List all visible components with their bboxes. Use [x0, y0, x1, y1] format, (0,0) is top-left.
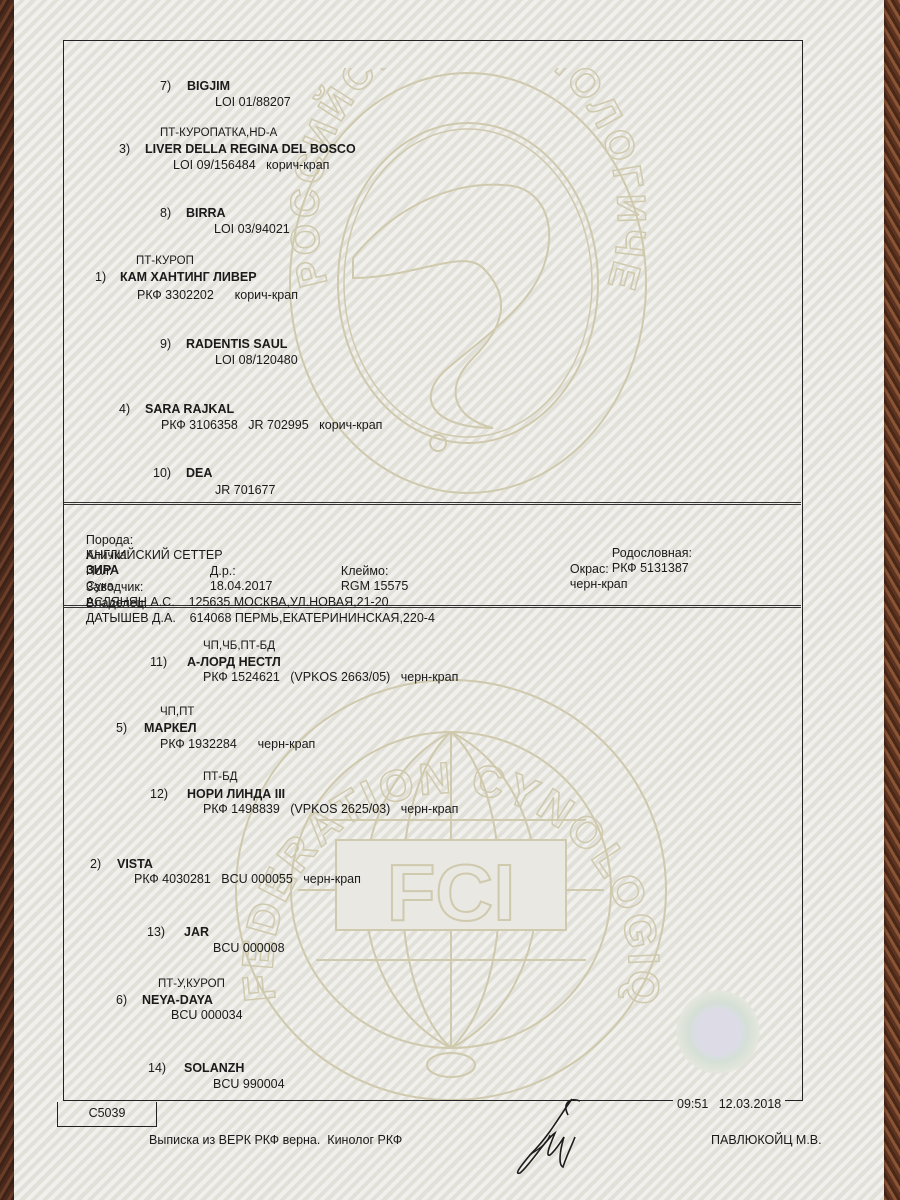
ancestor-name: DEA — [186, 466, 212, 481]
document-code: C5039 — [57, 1102, 157, 1127]
ancestor-registry: LOI 08/120480 — [215, 353, 298, 368]
ancestor-titles: ПТ-У,КУРОП — [158, 977, 225, 991]
ancestor-number: 14) — [148, 1061, 166, 1076]
ancestor-registry: РКФ 1932284 черн-крап — [160, 737, 315, 752]
ancestor-registry: BCU 990004 — [213, 1077, 285, 1092]
signatory-name: ПАВЛЮКОЙЦ М.В. — [711, 1133, 822, 1148]
certification-text: Выписка из ВЕРК РКФ верна. Кинолог РКФ — [149, 1133, 402, 1148]
ancestor-registry: РКФ 1498839 (VPKOS 2625/03) черн-крап — [203, 802, 458, 817]
ancestor-name: SOLANZH — [184, 1061, 244, 1076]
color-value: черн-крап — [570, 577, 628, 591]
owner-row: Владелец: ДАТЫШЕВ Д.А. 614068 ПЕРМЬ,ЕКАТ… — [72, 581, 435, 641]
ancestor-titles: ПТ-БД — [203, 770, 237, 784]
ancestor-number: 4) — [119, 402, 130, 417]
ancestor-name: МАРКЕЛ — [144, 721, 197, 736]
ancestor-registry: LOI 01/88207 — [215, 95, 291, 110]
ancestor-name: НОРИ ЛИНДА III — [187, 787, 285, 802]
ancestor-name: VISTA — [117, 857, 153, 872]
ancestor-registry: РКФ 4030281 BCU 000055 черн-крап — [134, 872, 361, 887]
ancestor-name: А-ЛОРД НЕСТЛ — [187, 655, 281, 670]
ancestor-name: SARA RAJKAL — [145, 402, 234, 417]
hologram-sticker — [676, 990, 760, 1074]
ancestor-number: 6) — [116, 993, 127, 1008]
ancestor-titles: ПТ-КУРОПАТКА,HD-A — [160, 126, 277, 140]
ancestor-number: 8) — [160, 206, 171, 221]
ancestor-registry: LOI 03/94021 — [214, 222, 290, 237]
ancestor-name: BIGJIM — [187, 79, 230, 94]
color-label: Окрас: — [570, 562, 609, 576]
ancestor-titles: ЧП,ЧБ,ПТ-БД — [203, 639, 275, 653]
frame-bottom-border — [63, 1100, 673, 1101]
color-row: Окрас: черн-крап — [556, 547, 628, 607]
ancestor-name: BIRRA — [186, 206, 226, 221]
owner-label: Владелец: — [86, 596, 147, 610]
ancestor-titles: ЧП,ПТ — [160, 705, 194, 719]
ancestor-number: 5) — [116, 721, 127, 736]
ancestor-registry: JR 701677 — [215, 483, 275, 498]
ancestor-registry: РКФ 1524621 (VPKOS 2663/05) черн-крап — [203, 670, 458, 685]
ancestor-number: 12) — [150, 787, 168, 802]
ancestor-number: 9) — [160, 337, 171, 352]
ancestor-number: 13) — [147, 925, 165, 940]
ancestor-name: JAR — [184, 925, 209, 940]
ancestor-registry: РКФ 3302202 корич-крап — [137, 288, 298, 303]
ancestor-registry: LOI 09/156484 корич-крап — [173, 158, 329, 173]
ancestor-registry: BCU 000034 — [171, 1008, 243, 1023]
ancestor-name: NEYA-DAYA — [142, 993, 213, 1008]
ancestor-number: 10) — [153, 466, 171, 481]
ancestor-name: LIVER DELLA REGINA DEL BOSCO — [145, 142, 356, 157]
ancestor-registry: BCU 000008 — [213, 941, 285, 956]
frame-bottom-border-right — [785, 1100, 802, 1101]
ancestor-titles: ПТ-КУРОП — [136, 254, 194, 268]
ancestor-name: КАМ ХАНТИНГ ЛИВЕР — [120, 270, 257, 285]
ancestor-number: 11) — [150, 655, 167, 670]
ancestor-number: 1) — [95, 270, 106, 285]
owner-value: ДАТЫШЕВ Д.А. 614068 ПЕРМЬ,ЕКАТЕРИНИНСКАЯ… — [86, 611, 435, 625]
issue-timestamp: 09:51 12.03.2018 — [677, 1097, 781, 1112]
ancestor-number: 3) — [119, 142, 130, 157]
hologram-dog-icon — [696, 1008, 740, 1056]
ancestor-number: 7) — [160, 79, 171, 94]
ancestor-name: RADENTIS SAUL — [186, 337, 287, 352]
ancestor-number: 2) — [90, 857, 101, 872]
ancestor-registry: РКФ 3106358 JR 702995 корич-крап — [161, 418, 382, 433]
